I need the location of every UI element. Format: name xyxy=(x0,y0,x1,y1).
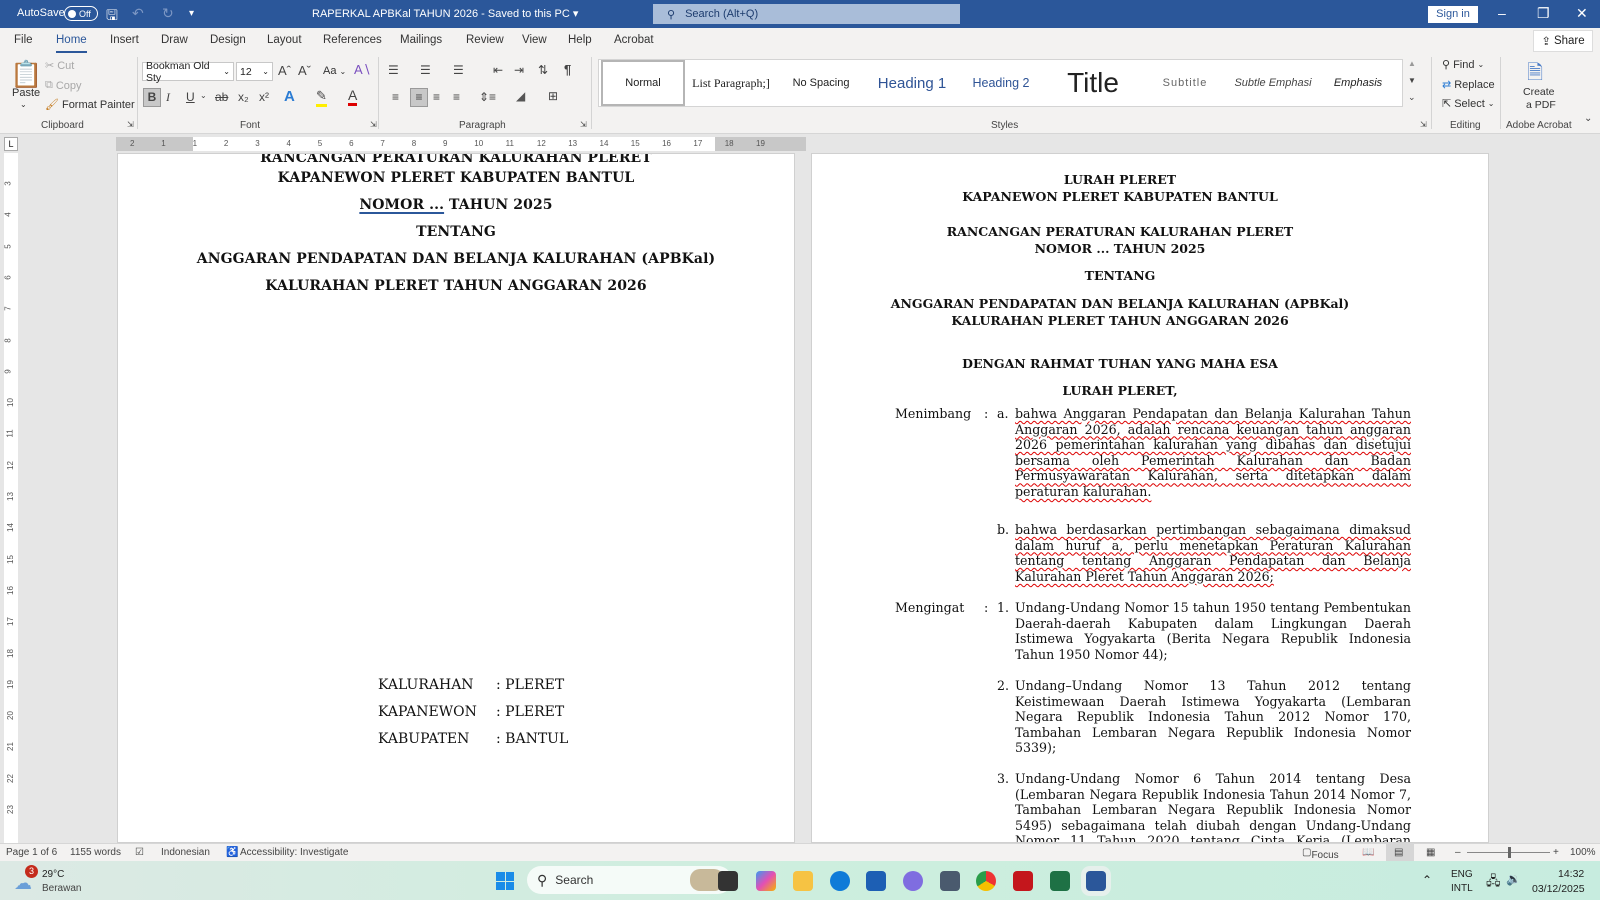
proofing-icon[interactable]: ☑ xyxy=(135,847,144,858)
tab-design[interactable]: Design xyxy=(210,34,246,46)
sign-in-button[interactable]: Sign in xyxy=(1428,6,1478,23)
document-page-2[interactable]: LURAH PLERET KAPANEWON PLERET KABUPATEN … xyxy=(811,153,1489,843)
save-icon[interactable]: 🖫 xyxy=(106,5,118,29)
excel-icon[interactable] xyxy=(1050,871,1070,891)
tab-selector[interactable]: L xyxy=(4,137,18,151)
editing-group-label: Editing xyxy=(1450,120,1481,131)
doc-heading: KALURAHAN PLERET TAHUN ANGGARAN 2026 xyxy=(118,278,794,294)
ruler-tick: 3 xyxy=(255,139,259,148)
ruler-tick: 22 xyxy=(6,774,15,783)
ruler-tick: 14 xyxy=(600,139,609,148)
list-marker: b. xyxy=(997,522,1009,537)
taskbar-search[interactable]: ⚲ Search xyxy=(527,866,732,894)
mengingat-label: Mengingat xyxy=(895,600,964,615)
language-status[interactable]: Indonesian xyxy=(161,847,210,858)
taskbar: ☁ 3 29°C Berawan ⚲ Search ⌃ ENG INTL 🖧 🔉… xyxy=(0,861,1600,900)
italic-button[interactable]: I xyxy=(166,90,170,105)
change-case-button[interactable]: Aa⌄ xyxy=(323,65,346,77)
tab-layout[interactable]: Layout xyxy=(267,34,302,46)
word-icon[interactable] xyxy=(1086,871,1106,891)
doc-heading: ANGGARAN PENDAPATAN DAN BELANJA KALURAHA… xyxy=(811,296,1488,311)
store-icon[interactable] xyxy=(866,871,886,891)
restore-icon[interactable]: ❐ xyxy=(1537,5,1550,22)
zoom-slider-thumb[interactable] xyxy=(1508,847,1511,858)
tab-review[interactable]: Review xyxy=(466,34,504,46)
network-icon[interactable]: 🖧 xyxy=(1486,872,1501,894)
clipboard-launcher-icon[interactable]: ⇲ xyxy=(127,120,134,129)
ruler-tick: 14 xyxy=(6,523,15,532)
acrobat-group-label: Adobe Acrobat xyxy=(1506,120,1572,131)
styles-gallery: Normal List Paragraph;] No Spacing Headi… xyxy=(598,59,1403,107)
share-button[interactable]: ⇪Share xyxy=(1533,30,1593,52)
doc-heading: RANCANGAN PERATURAN KALURAHAN PLERET xyxy=(118,153,794,166)
search-icon: ⚲ xyxy=(537,872,547,889)
sort-icon[interactable]: ⇅ xyxy=(538,63,548,77)
weather-temp[interactable]: 29°C xyxy=(42,869,64,880)
doc-heading: LURAH PLERET, xyxy=(811,383,1488,398)
justify-icon[interactable]: ≡ xyxy=(453,90,460,104)
ribbon-tabs: File Home Insert Draw Design Layout Refe… xyxy=(0,28,1600,53)
ruler-tick: 17 xyxy=(6,617,15,626)
ruler-tick: 9 xyxy=(4,369,13,373)
print-layout-icon[interactable]: ▤ xyxy=(1386,844,1414,861)
clock-date[interactable]: 03/12/2025 xyxy=(1532,883,1585,895)
ruler-tick: 8 xyxy=(4,338,13,342)
ruler-tick: 7 xyxy=(380,139,384,148)
zoom-out-button[interactable]: – xyxy=(1455,847,1461,858)
file-explorer-icon[interactable] xyxy=(793,871,813,891)
ruler-tick: 12 xyxy=(6,461,15,470)
style-title[interactable]: Title xyxy=(1045,60,1141,106)
ruler-tick: 16 xyxy=(662,139,671,148)
edge-icon[interactable] xyxy=(830,871,850,891)
ruler-tick: 23 xyxy=(6,805,15,814)
paste-dropdown-icon[interactable]: ⌄ xyxy=(20,100,27,109)
copy-icon: ⧉ xyxy=(45,79,53,92)
autosave-label: AutoSave xyxy=(17,7,65,19)
style-list-paragraph[interactable]: List Paragraph;] xyxy=(687,60,775,106)
ruler-tick: 18 xyxy=(6,649,15,658)
ruler-tick: 1 xyxy=(161,139,165,148)
align-center-icon[interactable]: ≡ xyxy=(410,88,428,107)
ruler-tick: 9 xyxy=(443,139,447,148)
styles-scroll-up-icon[interactable]: ▲ xyxy=(1408,59,1416,68)
multilevel-list-icon[interactable]: ☰ xyxy=(453,63,464,77)
copilot-icon[interactable] xyxy=(756,871,776,891)
ruler-tick: 13 xyxy=(6,492,15,501)
horizontal-ruler[interactable]: 2112345678910111213141516171819 xyxy=(116,137,806,151)
format-painter-icon: 🖌 xyxy=(45,98,59,111)
word-count[interactable]: 1155 words xyxy=(70,847,121,858)
info-key: KALURAHAN xyxy=(378,677,474,693)
ruler-tick: 1 xyxy=(193,139,197,148)
ruler-tick: 12 xyxy=(537,139,546,148)
select-icon: ⇱ xyxy=(1442,97,1451,110)
ruler-tick: 6 xyxy=(4,275,13,279)
style-subtitle[interactable]: Subtitle xyxy=(1141,60,1229,106)
colon: : xyxy=(984,406,988,421)
ruler-tick: 6 xyxy=(349,139,353,148)
search-icon: ⚲ xyxy=(667,8,675,21)
page-count[interactable]: Page 1 of 6 xyxy=(6,847,57,858)
doc-heading: KAPANEWON PLERET KABUPATEN BANTUL xyxy=(118,170,794,186)
font-group-label: Font xyxy=(240,120,260,131)
align-left-icon[interactable]: ≡ xyxy=(392,90,399,104)
styles-more-icon[interactable]: ⌄ xyxy=(1408,92,1416,103)
font-family-select[interactable]: Bookman Old Sty⌄ xyxy=(142,62,234,81)
m365-icon[interactable] xyxy=(903,871,923,891)
style-normal[interactable]: Normal xyxy=(601,60,685,106)
clipboard-group-label: Clipboard xyxy=(41,120,84,131)
tab-view[interactable]: View xyxy=(522,34,547,46)
ruler-tick: 13 xyxy=(568,139,577,148)
shrink-font-icon[interactable]: Aˇ xyxy=(298,63,311,78)
style-no-spacing[interactable]: No Spacing xyxy=(777,60,865,106)
find-icon: ⚲ xyxy=(1442,58,1450,71)
collapse-ribbon-icon[interactable]: ⌄ xyxy=(1584,113,1592,124)
doc-heading: RANCANGAN PERATURAN KALURAHAN PLERET xyxy=(811,224,1488,239)
increase-indent-icon[interactable]: ⇥ xyxy=(514,63,524,77)
ruler-tick: 15 xyxy=(6,555,15,564)
cut-icon: ✂ xyxy=(45,59,54,72)
strikethrough-button[interactable]: ab xyxy=(215,90,228,104)
tab-insert[interactable]: Insert xyxy=(110,34,139,46)
printer-app-icon[interactable] xyxy=(940,871,960,891)
ruler-tick: 19 xyxy=(756,139,765,148)
info-value: : PLERET xyxy=(496,704,564,720)
styles-launcher-icon[interactable]: ⇲ xyxy=(1420,120,1427,129)
list-marker: a. xyxy=(997,406,1009,421)
minimize-icon[interactable]: – xyxy=(1498,5,1506,21)
tab-acrobat[interactable]: Acrobat xyxy=(614,34,654,46)
menimbang-item: bahwa Anggaran Pendapatan dan Belanja Ka… xyxy=(1015,406,1411,500)
input-language-line2[interactable]: INTL xyxy=(1451,883,1473,894)
font-launcher-icon[interactable]: ⇲ xyxy=(370,120,377,129)
info-key: KAPANEWON xyxy=(378,704,477,720)
title-bar: AutoSave Off 🖫 ↶ ↻ ▾ RAPERKAL APBKal TAH… xyxy=(0,0,1600,28)
info-value: : BANTUL xyxy=(496,731,568,747)
tab-file[interactable]: File xyxy=(14,34,33,46)
ruler-tick: 8 xyxy=(412,139,416,148)
superscript-button[interactable]: x² xyxy=(259,90,269,104)
format-painter-button[interactable]: 🖌Format Painter xyxy=(45,98,135,111)
create-pdf-button-line2[interactable]: a PDF xyxy=(1526,99,1556,111)
acrobat-icon[interactable] xyxy=(1013,871,1033,891)
accessibility-status[interactable]: Accessibility: Investigate xyxy=(240,847,348,858)
highlight-icon[interactable]: ✎ xyxy=(316,88,327,107)
line-spacing-icon[interactable]: ⇕≡ xyxy=(479,90,496,104)
web-layout-icon[interactable]: ▦ xyxy=(1426,847,1435,858)
paragraph-launcher-icon[interactable]: ⇲ xyxy=(580,120,587,129)
bold-button[interactable]: B xyxy=(143,88,161,107)
underline-dropdown-icon[interactable]: ⌄ xyxy=(200,91,207,100)
mengingat-item: Undang–Undang Nomor 13 Tahun 2012 tentan… xyxy=(1015,678,1411,756)
ruler-tick: 19 xyxy=(6,680,15,689)
doc-heading: TENTANG xyxy=(811,268,1488,283)
list-marker: 2. xyxy=(997,678,1009,693)
read-mode-icon[interactable]: 📖 xyxy=(1362,847,1374,858)
colon: : xyxy=(984,600,988,615)
ruler-tick: 10 xyxy=(6,398,15,407)
ruler-tick: 5 xyxy=(318,139,322,148)
ruler-tick: 11 xyxy=(6,430,15,438)
create-pdf-button-line1[interactable]: Create xyxy=(1523,86,1555,98)
tab-mailings[interactable]: Mailings xyxy=(400,34,442,46)
ruler-tick: 15 xyxy=(631,139,640,148)
list-marker: 3. xyxy=(997,771,1009,786)
numbering-icon[interactable]: ☰ xyxy=(420,63,431,77)
ruler-tick: 20 xyxy=(6,711,15,720)
find-button[interactable]: ⚲Find⌄ xyxy=(1442,58,1484,71)
select-button[interactable]: ⇱Select⌄ xyxy=(1442,97,1495,110)
ribbon: 📋 Paste ⌄ ✂Cut ⧉Copy 🖌Format Painter Cli… xyxy=(0,53,1600,134)
bullets-icon[interactable]: ☰ xyxy=(388,63,399,77)
styles-scroll-down-icon[interactable]: ▼ xyxy=(1408,76,1416,85)
zoom-level[interactable]: 100% xyxy=(1570,847,1596,858)
doc-heading-nomor: NOMOR ... TAHUN 2025 xyxy=(118,197,794,213)
input-language-line1[interactable]: ENG xyxy=(1451,869,1473,880)
style-emphasis[interactable]: Emphasis xyxy=(1317,60,1399,106)
decrease-indent-icon[interactable]: ⇤ xyxy=(493,63,503,77)
ruler-tick: 2 xyxy=(130,139,134,148)
clock-time[interactable]: 14:32 xyxy=(1558,868,1584,880)
info-value: : PLERET xyxy=(496,677,564,693)
chrome-icon[interactable] xyxy=(976,871,996,891)
document-page-1[interactable]: RANCANGAN PERATURAN KALURAHAN PLERET KAP… xyxy=(117,153,795,843)
replace-icon: ⇄ xyxy=(1442,78,1451,91)
redo-icon[interactable]: ↻ xyxy=(162,5,174,22)
style-heading-2[interactable]: Heading 2 xyxy=(957,60,1045,106)
doc-heading: KALURAHAN PLERET TAHUN ANGGARAN 2026 xyxy=(811,313,1488,328)
doc-heading: ANGGARAN PENDAPATAN DAN BELANJA KALURAHA… xyxy=(118,251,794,267)
doc-heading: TENTANG xyxy=(118,224,794,240)
mengingat-item: Undang-Undang Nomor 15 tahun 1950 tentan… xyxy=(1015,600,1411,662)
clear-formatting-icon[interactable]: A∖ xyxy=(354,62,371,78)
document-title[interactable]: RAPERKAL APBKal TAHUN 2026 - Saved to th… xyxy=(312,7,578,20)
underline-button[interactable]: U xyxy=(186,90,195,104)
text-effects-icon[interactable]: A xyxy=(284,88,295,105)
cut-button[interactable]: ✂Cut xyxy=(45,59,74,72)
show-formatting-icon[interactable]: ¶ xyxy=(564,62,571,77)
search-input[interactable]: ⚲ Search (Alt+Q) xyxy=(653,4,960,24)
font-size-select[interactable]: 12⌄ xyxy=(236,62,273,81)
doc-heading: LURAH PLERET xyxy=(811,172,1488,187)
status-bar: Page 1 of 6 1155 words ☑ Indonesian ♿ Ac… xyxy=(0,843,1600,861)
tab-help[interactable]: Help xyxy=(568,34,592,46)
zoom-in-button[interactable]: + xyxy=(1553,847,1559,858)
subscript-button[interactable]: x₂ xyxy=(238,90,249,104)
menimbang-item: bahwa berdasarkan pertimbangan sebagaima… xyxy=(1015,522,1411,584)
paste-icon[interactable]: 📋 xyxy=(10,59,42,90)
menimbang-label: Menimbang xyxy=(895,406,971,421)
style-heading-1[interactable]: Heading 1 xyxy=(867,60,957,106)
start-button[interactable] xyxy=(496,872,514,890)
customize-qat-icon[interactable]: ▾ xyxy=(189,8,194,19)
style-subtle-emphasis[interactable]: Subtle Emphasi xyxy=(1229,60,1317,106)
ruler-tick: 5 xyxy=(4,244,13,248)
accessibility-icon: ♿ xyxy=(226,847,238,858)
paste-button[interactable]: Paste xyxy=(12,87,40,99)
undo-icon[interactable]: ↶ xyxy=(132,5,144,22)
align-right-icon[interactable]: ≡ xyxy=(433,90,440,104)
doc-heading: KAPANEWON PLERET KABUPATEN BANTUL xyxy=(811,189,1488,204)
ruler-tick: 18 xyxy=(725,139,734,148)
font-color-icon[interactable]: A xyxy=(348,87,357,106)
close-icon[interactable]: ✕ xyxy=(1576,5,1588,22)
weather-badge: 3 xyxy=(25,865,38,878)
ruler-tick: 3 xyxy=(4,181,13,185)
show-hidden-icons[interactable]: ⌃ xyxy=(1422,873,1432,887)
vertical-ruler[interactable]: 34567891011121314151617181920212223 xyxy=(4,153,18,843)
tab-home[interactable]: Home xyxy=(56,34,87,46)
doc-heading: NOMOR ... TAHUN 2025 xyxy=(811,241,1488,256)
share-icon: ⇪ xyxy=(1541,34,1551,48)
autosave-toggle[interactable]: Off xyxy=(64,6,98,21)
info-key: KABUPATEN xyxy=(378,731,469,747)
task-view-icon[interactable] xyxy=(718,871,738,891)
paragraph-group-label: Paragraph xyxy=(459,120,506,131)
copy-button[interactable]: ⧉Copy xyxy=(45,79,82,92)
grow-font-icon[interactable]: Aˆ xyxy=(278,63,291,78)
shading-icon[interactable]: ◢ xyxy=(516,89,525,103)
borders-icon[interactable]: ⊞ xyxy=(548,89,558,103)
list-marker: 1. xyxy=(997,600,1009,615)
focus-mode-button[interactable]: ▢ Focus xyxy=(1302,847,1311,858)
ruler-tick: 21 xyxy=(6,742,15,751)
weather-desc[interactable]: Berawan xyxy=(42,883,81,894)
volume-icon[interactable]: 🔉 xyxy=(1506,872,1521,886)
ruler-tick: 17 xyxy=(693,139,702,148)
ruler-tick: 7 xyxy=(4,306,13,310)
styles-group-label: Styles xyxy=(991,120,1018,131)
ruler-tick: 2 xyxy=(224,139,228,148)
ruler-tick: 16 xyxy=(6,586,15,595)
ruler-tick: 4 xyxy=(287,139,291,148)
tab-references[interactable]: References xyxy=(323,34,382,46)
ruler-tick: 11 xyxy=(506,139,514,148)
mengingat-item: Undang-Undang Nomor 6 Tahun 2014 tentang… xyxy=(1015,771,1411,843)
ruler-tick: 10 xyxy=(474,139,483,148)
doc-heading: DENGAN RAHMAT TUHAN YANG MAHA ESA xyxy=(811,356,1488,371)
tab-draw[interactable]: Draw xyxy=(161,34,188,46)
replace-button[interactable]: ⇄Replace xyxy=(1442,78,1495,91)
ruler-tick: 4 xyxy=(4,213,13,217)
